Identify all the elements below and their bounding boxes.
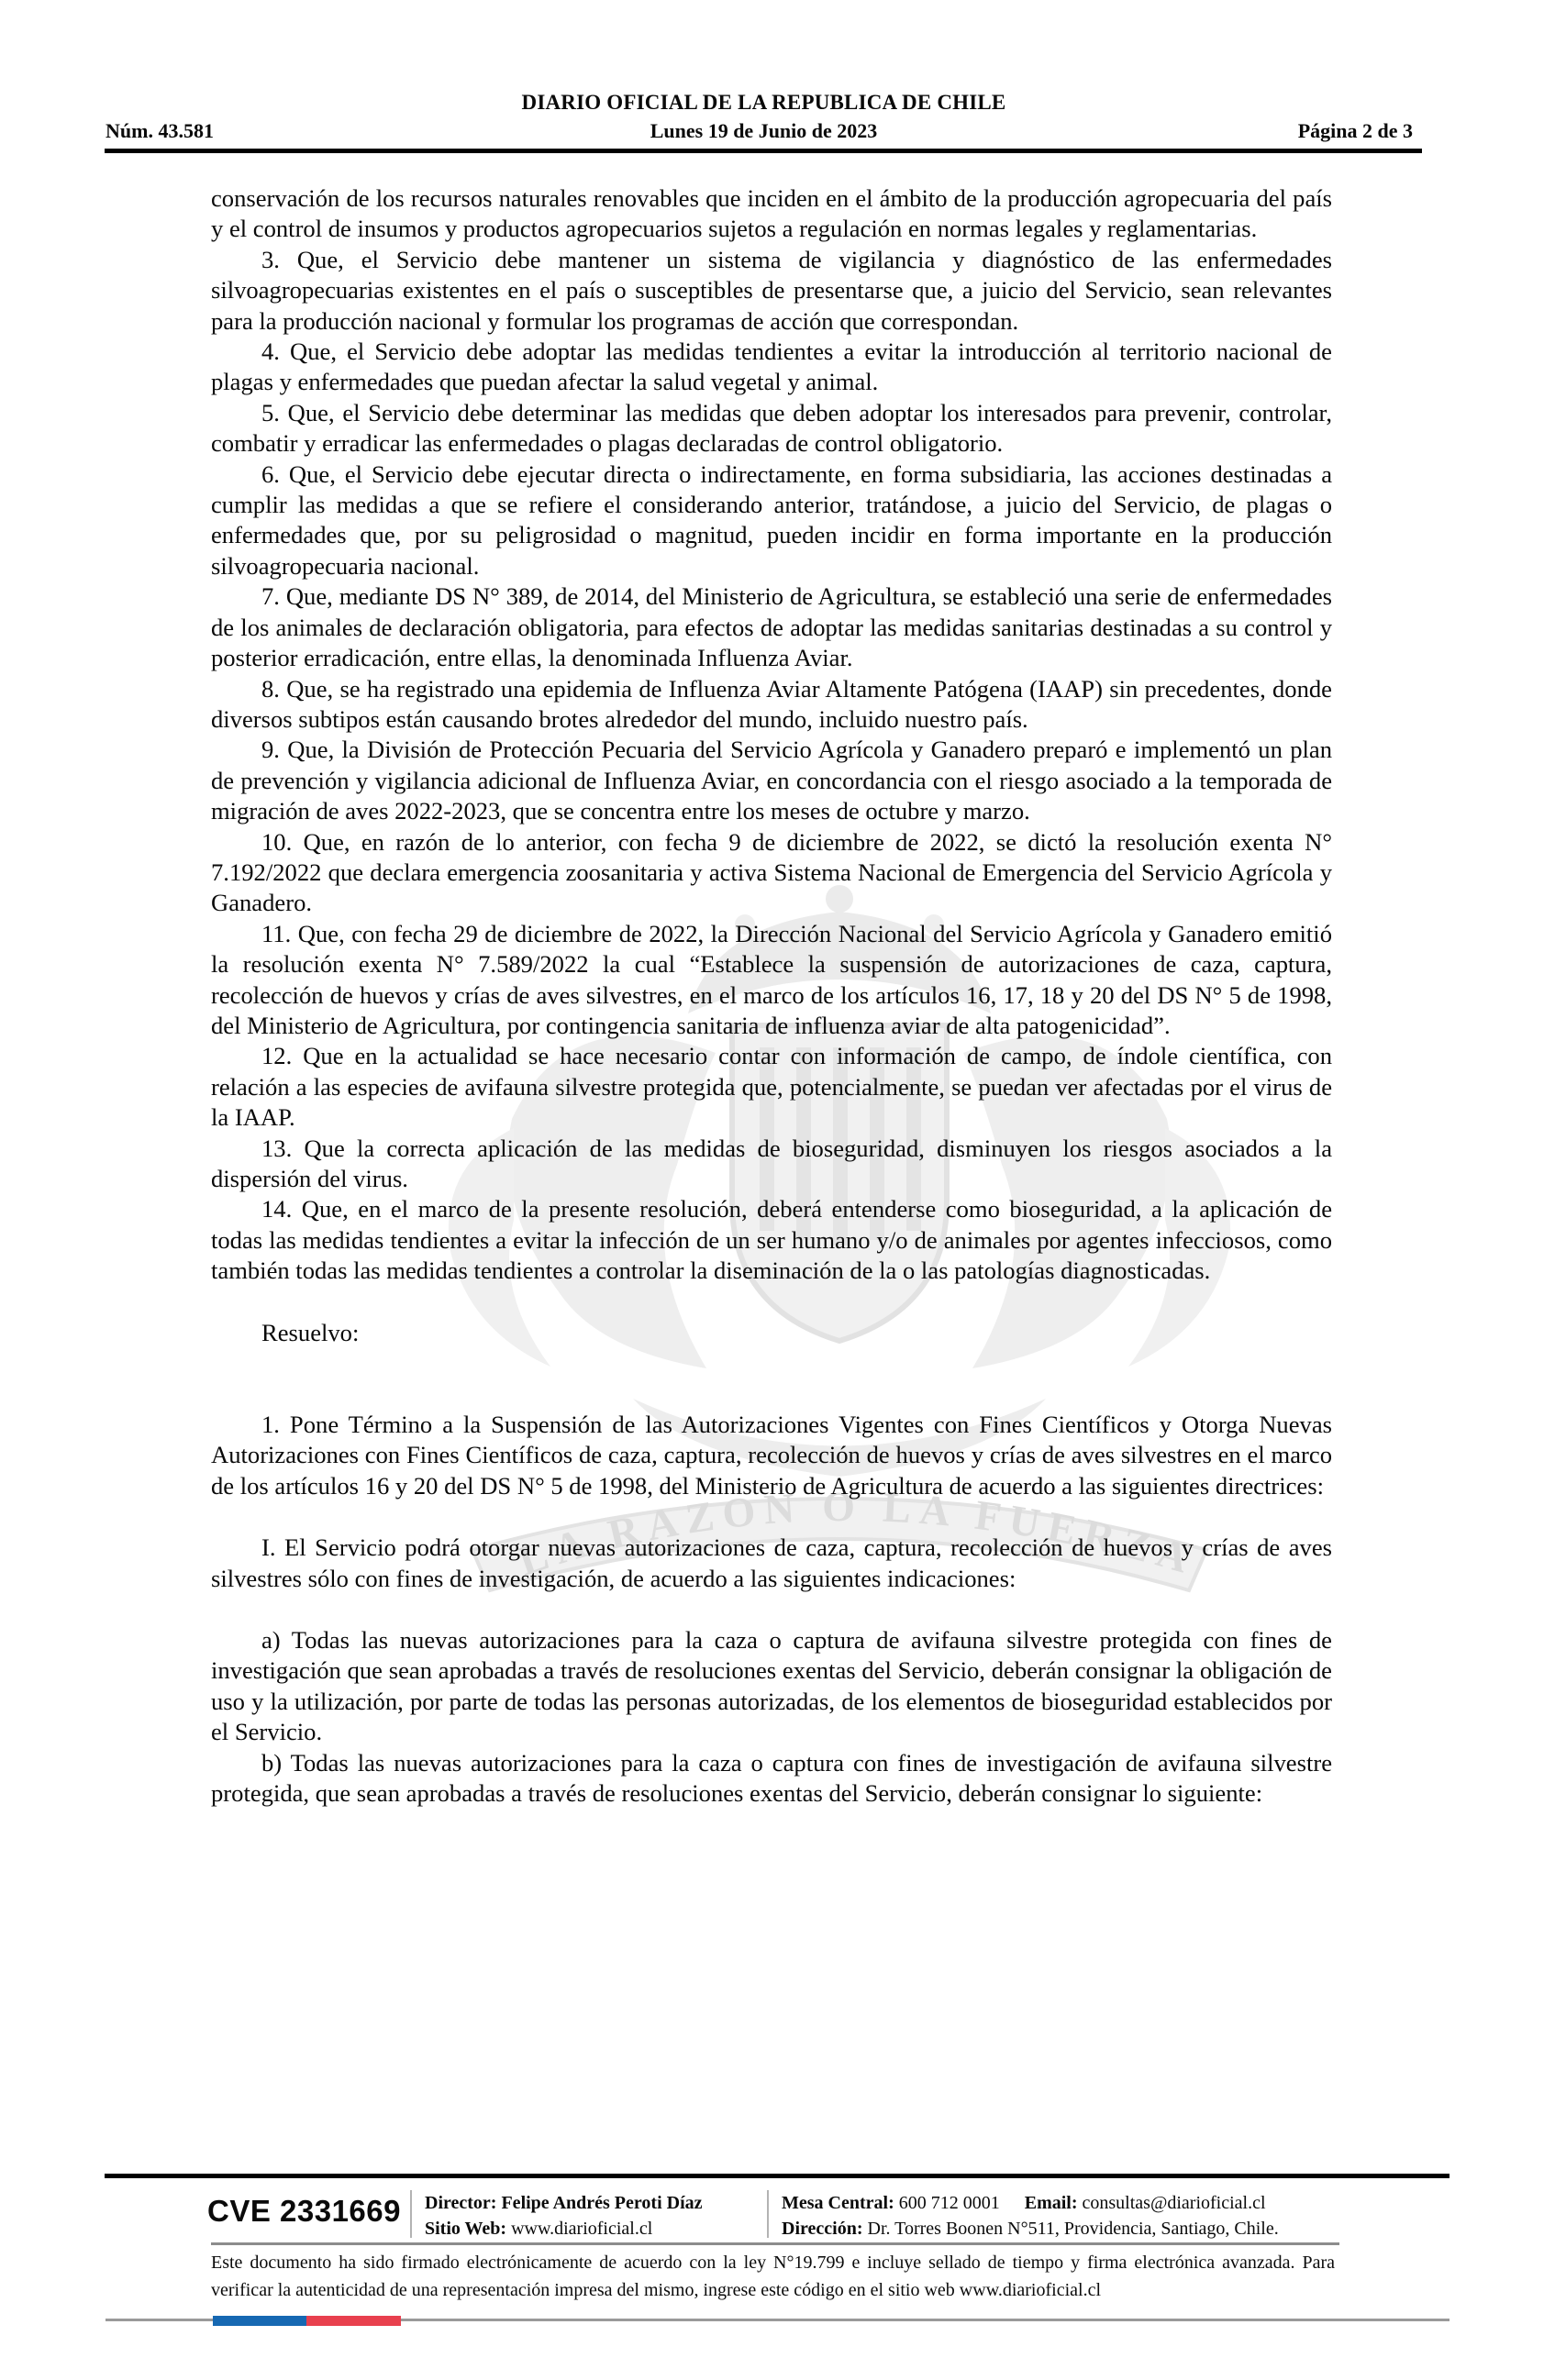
address-label: Dirección:: [782, 2219, 863, 2239]
legal-notice: Este documento ha sido firmado electróni…: [211, 2249, 1335, 2304]
footer-divider: [767, 2190, 769, 2238]
paragraph: b) Todas las nuevas autorizaciones para …: [211, 1748, 1332, 1810]
address-line: Dirección: Dr. Torres Boonen N°511, Prov…: [782, 2216, 1279, 2242]
body-text: conservación de los recursos naturales r…: [211, 183, 1332, 1810]
page-number: Página 2 de 3: [1298, 119, 1413, 143]
footer-director-block: Director: Felipe Andrés Peroti Díaz Siti…: [425, 2190, 703, 2242]
paragraph: 7. Que, mediante DS N° 389, de 2014, del…: [211, 581, 1332, 673]
footer-inner-rule: [211, 2242, 1339, 2245]
website-label: Sitio Web:: [425, 2219, 506, 2239]
paragraph: a) Todas las nuevas autorizaciones para …: [211, 1625, 1332, 1748]
paragraph: 6. Que, el Servicio debe ejecutar direct…: [211, 459, 1332, 582]
paragraph: 3. Que, el Servicio debe mantener un sis…: [211, 245, 1332, 337]
address-value: Dr. Torres Boonen N°511, Providencia, Sa…: [868, 2219, 1279, 2239]
page-header: DIARIO OFICIAL DE LA REPUBLICA DE CHILE …: [106, 0, 1422, 156]
website-url: www.diarioficial.cl: [511, 2219, 652, 2239]
paragraph: 5. Que, el Servicio debe determinar las …: [211, 398, 1332, 459]
website-line: Sitio Web: www.diarioficial.cl: [425, 2216, 703, 2242]
flag-red-bar: [306, 2316, 401, 2326]
footer-contact-block: Mesa Central: 600 712 0001 Email: consul…: [782, 2190, 1279, 2242]
phone-line: Mesa Central: 600 712 0001 Email: consul…: [782, 2190, 1279, 2216]
paragraph: conservación de los recursos naturales r…: [211, 183, 1332, 245]
header-rule: [105, 149, 1422, 153]
phone-number: 600 712 0001: [899, 2193, 1000, 2213]
paragraph: I. El Servicio podrá otorgar nuevas auto…: [211, 1533, 1332, 1594]
publication-title: DIARIO OFICIAL DE LA REPUBLICA DE CHILE: [106, 91, 1422, 115]
paragraph: 8. Que, se ha registrado una epidemia de…: [211, 674, 1332, 736]
director-label: Director:: [425, 2193, 496, 2213]
document-page: DIARIO OFICIAL DE LA REPUBLICA DE CHILE …: [0, 0, 1555, 2380]
paragraph: 10. Que, en razón de lo anterior, con fe…: [211, 827, 1332, 919]
email-label: Email:: [1025, 2193, 1078, 2213]
paragraph: 1. Pone Término a la Suspensión de las A…: [211, 1410, 1332, 1501]
paragraph: 4. Que, el Servicio debe adoptar las med…: [211, 337, 1332, 398]
phone-label: Mesa Central:: [782, 2193, 894, 2213]
footer-separator-rule: [105, 2174, 1449, 2178]
paragraph: 14. Que, en el marco de la presente reso…: [211, 1194, 1332, 1286]
paragraph: 9. Que, la División de Protección Pecuar…: [211, 735, 1332, 826]
paragraph: 13. Que la correcta aplicación de las me…: [211, 1134, 1332, 1195]
director-line: Director: Felipe Andrés Peroti Díaz: [425, 2190, 703, 2216]
email-address: consultas@diarioficial.cl: [1083, 2193, 1266, 2213]
paragraph: 11. Que, con fecha 29 de diciembre de 20…: [211, 919, 1332, 1042]
cve-code: CVE 2331669: [207, 2194, 401, 2229]
footer-divider: [410, 2190, 412, 2238]
publication-date: Lunes 19 de Junio de 2023: [106, 119, 1422, 143]
director-name: Felipe Andrés Peroti Díaz: [501, 2193, 702, 2213]
paragraph: Resuelvo:: [211, 1318, 1332, 1348]
paragraph: 12. Que en la actualidad se hace necesar…: [211, 1041, 1332, 1133]
flag-blue-bar: [213, 2316, 306, 2326]
